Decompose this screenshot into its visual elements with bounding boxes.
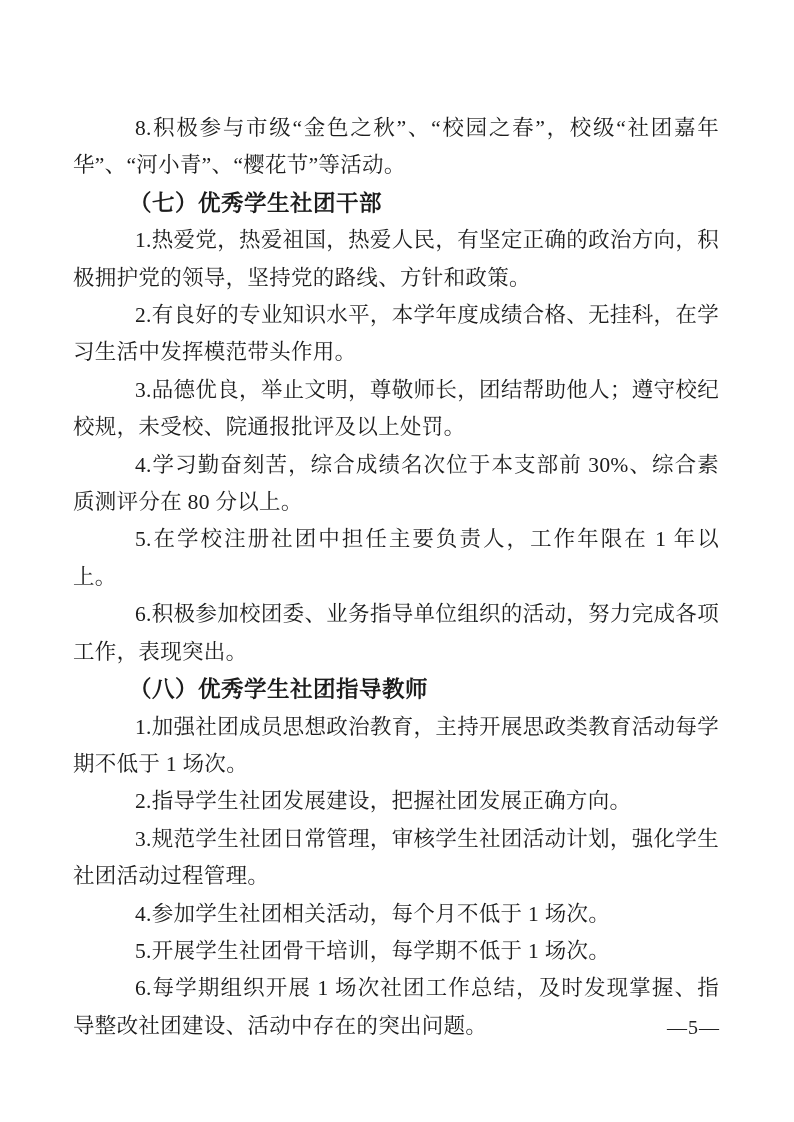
paragraph-advisor-item-4: 4.参加学生社团相关活动，每个月不低于 1 场次。 [73, 896, 719, 933]
paragraph-cadre-item-2: 2.有良好的专业知识水平，本学年度成绩合格、无挂科，在学习生活中发挥模范带头作用… [73, 297, 719, 372]
paragraph-cadre-item-3: 3.品德优良，举止文明，尊敬师长，团结帮助他人；遵守校纪校规，未受校、院通报批评… [73, 372, 719, 447]
paragraph-advisor-item-1: 1.加强社团成员思想政治教育，主持开展思政类教育活动每学期不低于 1 场次。 [73, 709, 719, 784]
paragraph-advisor-item-3: 3.规范学生社团日常管理，审核学生社团活动计划，强化学生社团活动过程管理。 [73, 821, 719, 896]
paragraph-club-activities: 8.积极参与市级“金色之秋”、“校园之春”，校级“社团嘉年华”、“河小青”、“樱… [73, 110, 719, 185]
paragraph-advisor-item-2: 2.指导学生社团发展建设，把握社团发展正确方向。 [73, 783, 719, 820]
paragraph-advisor-item-6: 6.每学期组织开展 1 场次社团工作总结，及时发现掌握、指导整改社团建设、活动中… [73, 970, 719, 1045]
page-number: —5— [667, 1016, 720, 1040]
document-page: 8.积极参与市级“金色之秋”、“校园之春”，校级“社团嘉年华”、“河小青”、“樱… [0, 0, 794, 1122]
paragraph-cadre-item-4: 4.学习勤奋刻苦，综合成绩名次位于本支部前 30%、综合素质测评分在 80 分以… [73, 447, 719, 522]
document-body: 8.积极参与市级“金色之秋”、“校园之春”，校级“社团嘉年华”、“河小青”、“樱… [73, 110, 719, 1045]
section-heading-7-club-cadres: （七）优秀学生社团干部 [73, 185, 719, 222]
paragraph-cadre-item-1: 1.热爱党，热爱祖国，热爱人民，有坚定正确的政治方向，积极拥护党的领导，坚持党的… [73, 222, 719, 297]
paragraph-cadre-item-6: 6.积极参加校团委、业务指导单位组织的活动，努力完成各项工作，表现突出。 [73, 596, 719, 671]
paragraph-advisor-item-5: 5.开展学生社团骨干培训，每学期不低于 1 场次。 [73, 933, 719, 970]
paragraph-cadre-item-5: 5.在学校注册社团中担任主要负责人，工作年限在 1 年以上。 [73, 521, 719, 596]
section-heading-8-club-advisors: （八）优秀学生社团指导教师 [73, 671, 719, 708]
